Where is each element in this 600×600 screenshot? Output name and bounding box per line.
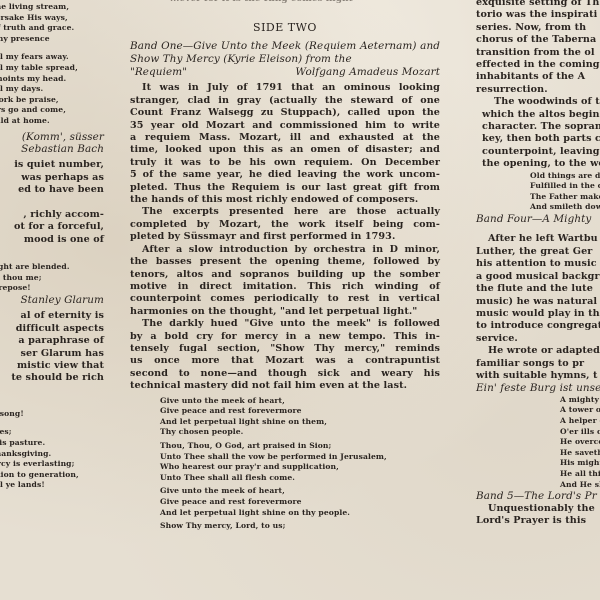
lyric-stanza: Give unto the meek of heart,Give peace a… xyxy=(130,486,440,518)
paragraph: After a slow introduction by orchestra i… xyxy=(130,244,440,318)
right-para-2: The woodwinds of thwhich the altos begin… xyxy=(476,96,600,170)
band-four-title: Band Four—A Mighty xyxy=(476,213,600,225)
lyric-line: Show Thy mercy, Lord, to us; xyxy=(160,521,440,532)
side-heading: SIDE TWO xyxy=(130,22,440,34)
band-one-work: "Requiem" xyxy=(130,66,187,79)
paragraph-line: pleted by Süssmayr and first performed i… xyxy=(130,231,440,243)
left-column: the living stream, forsake His ways, of … xyxy=(0,0,104,491)
paragraph-line: Lord's Prayer is this xyxy=(476,515,600,527)
poem-line: uild at home. xyxy=(0,116,104,127)
paragraph-line: 5 of the same year, he died leaving the … xyxy=(130,169,440,181)
poem-line: ives; xyxy=(0,427,104,438)
poem-line: anoints my head. xyxy=(0,74,104,85)
paragraph-line: his attention to music xyxy=(476,258,600,270)
lyric-stanza: Show Thy mercy, Lord, to us; xyxy=(130,521,440,532)
right-para-4: He wrote or adaptedfamiliar songs to prw… xyxy=(476,345,600,382)
left-poem-2: light are blended. m thou me; t repose! xyxy=(0,262,104,294)
poem-line: a song! xyxy=(0,409,104,420)
paragraph-line: tenors, altos and sopranos building up t… xyxy=(130,269,440,281)
paragraph-line: us once more that Mozart was a contrapun… xyxy=(130,355,440,367)
poem-line: Old things are do xyxy=(530,171,600,182)
band-one-heading: Band One—Give Unto the Meek (Requiem Aet… xyxy=(130,40,440,79)
paragraph-line: the hands of this most richly endowed of… xyxy=(130,194,440,206)
paragraph-line: music) he was natural xyxy=(476,296,600,308)
body-paragraphs: It was in July of 1791 that an ominous l… xyxy=(130,82,440,392)
lyric-line: Give unto the meek of heart, xyxy=(160,486,440,497)
poem-line: Thy presence xyxy=(0,34,104,45)
paragraph-line: torio was the inspirati xyxy=(476,9,600,21)
paragraph-line: Unquestionably the xyxy=(476,503,600,515)
band-one-composer: Wolfgang Amadeus Mozart xyxy=(295,66,440,79)
poem-line: His pasture. xyxy=(0,438,104,449)
paragraph-line: pleted. Thus the Requiem is our last gre… xyxy=(130,182,440,194)
paragraph-line: by a bold cry for mercy in a new tempo. … xyxy=(130,331,440,343)
poem-line: work be praise, xyxy=(0,95,104,106)
paragraph-line: a good musical backgr xyxy=(476,271,600,283)
record-liner-notes-page: ...ever for it is the King comes night t… xyxy=(0,0,600,600)
paragraph-line: service. xyxy=(476,333,600,345)
hymn-title: Ein' feste Burg ist unse xyxy=(476,382,600,394)
paragraph-line: a requiem Mass. Mozart, ill and exhauste… xyxy=(130,132,440,144)
poem-line: all my fears away. xyxy=(0,52,104,63)
paragraph-line: The woodwinds of th xyxy=(476,96,600,108)
paragraph-line: tensely fugal section, "Show Thy mercy,"… xyxy=(130,343,440,355)
paragraph-line: resurrection. xyxy=(476,84,600,96)
para-line: difficult aspects xyxy=(0,323,104,335)
paragraph-line: inhabitants of the A xyxy=(476,71,600,83)
right-column: exquisite setting of Thtorio was the ins… xyxy=(476,0,600,527)
poem-line: ercy is everlasting; xyxy=(0,459,104,470)
poem-line: thanksgiving. xyxy=(0,449,104,460)
lyric-line: Give peace and rest forevermore xyxy=(160,406,440,417)
paragraph-line: After a slow introduction by orchestra i… xyxy=(130,244,440,256)
band-five-title: Band 5—The Lord's Pr xyxy=(476,490,600,502)
paragraph-line: the basses present the opening theme, fo… xyxy=(130,256,440,268)
paragraph-line: with suitable hymns, t xyxy=(476,370,600,382)
para-line: ot for a forceful, xyxy=(0,221,104,233)
poem-line: ers go and come, xyxy=(0,105,104,116)
lyric-line: Unto Thee shall all flesh come. xyxy=(160,473,440,484)
lyric-line: Unto Thee shall the vow be performed in … xyxy=(160,452,440,463)
poem-line: A mighty xyxy=(560,395,600,406)
para-line: mistic view that xyxy=(0,360,104,372)
paragraph: The excerpts presented here are those ac… xyxy=(130,206,440,243)
paragraph-line: familiar songs to pr xyxy=(476,358,600,370)
paragraph-line: harmonies on the thought, "and let perpe… xyxy=(130,306,440,318)
left-poem-3: a song! ives; His pasture. thanksgiving.… xyxy=(0,409,104,491)
paragraph-line: to introduce congregat xyxy=(476,320,600,332)
paragraph-line: counterpoint comes periodically to rest … xyxy=(130,293,440,305)
band-one-title: Band One—Give Unto the Meek (Requiem Aet… xyxy=(130,40,440,65)
paragraph-line: technical mastery did not fail him even … xyxy=(130,380,440,392)
lyric-line: Give unto the meek of heart, xyxy=(160,396,440,407)
paragraph-line: He wrote or adapted xyxy=(476,345,600,357)
poem-line: all my table spread, xyxy=(0,63,104,74)
paragraph-line: second to none—and though sick and weary… xyxy=(130,368,440,380)
para-line: te should be rich xyxy=(0,372,104,384)
poem-line: A tower o xyxy=(560,405,600,416)
paragraph-line: key, then both parts c xyxy=(476,133,600,145)
right-poem-2: A mightyA tower oA helper cO'er ills cHe… xyxy=(476,395,600,490)
para-line: , richly accom- xyxy=(0,209,104,221)
para-line: . xyxy=(0,197,104,209)
lyric-line: Who hearest our pray'r and supplication, xyxy=(160,462,440,473)
paragraph-line: truly it was to be his own requiem. On D… xyxy=(130,157,440,169)
left-poem-1: the living stream, forsake His ways, of … xyxy=(0,2,104,127)
poem-line: all my days. xyxy=(0,84,104,95)
paragraph-line: the flute and the lute xyxy=(476,283,600,295)
para-line: al of eternity is xyxy=(0,310,104,322)
paragraph-line: character. The sopranc xyxy=(476,121,600,133)
poem-line: of truth and grace. xyxy=(0,23,104,34)
poem-line: His might xyxy=(560,458,600,469)
paragraph-line: music would play in th xyxy=(476,308,600,320)
composer-fragment: Sebastian Bach xyxy=(0,143,104,155)
paragraph-line: series. Now, from th xyxy=(476,22,600,34)
para-line: a paraphrase of xyxy=(0,335,104,347)
lyric-line: Give peace and rest forevermore xyxy=(160,497,440,508)
paragraph-line: Luther, the great Ger xyxy=(476,246,600,258)
poem-line: the living stream, xyxy=(0,2,104,13)
paragraph-line: time, looked upon this as an omen of dis… xyxy=(130,144,440,156)
paragraph: It was in July of 1791 that an ominous l… xyxy=(130,82,440,206)
paragraph-line: the opening, to the wo xyxy=(476,158,600,170)
paragraph-line: The darkly hued "Give unto the meek" is … xyxy=(130,318,440,330)
lyric-line: Thou, Thou, O God, art praised in Sion; xyxy=(160,441,440,452)
lyric-stanza: Thou, Thou, O God, art praised in Sion;U… xyxy=(130,441,440,483)
para-line: is quiet number, xyxy=(0,159,104,171)
right-para-3: After he left WartbuLuther, the great Ge… xyxy=(476,233,600,345)
para-line: mood is one of xyxy=(0,234,104,246)
paragraph-line: completed by Mozart, the work itself bei… xyxy=(130,219,440,231)
paragraph-line: exquisite setting of Th xyxy=(476,0,600,9)
poem-line: He all thi xyxy=(560,469,600,480)
poem-line: t repose! xyxy=(0,283,104,294)
poem-line: He saveth xyxy=(560,448,600,459)
paragraph-line: motive in direct imitation. This rich wi… xyxy=(130,281,440,293)
paragraph-line: The excerpts presented here are those ac… xyxy=(130,206,440,218)
paragraph-line: which the altos begin xyxy=(476,109,600,121)
right-para-5: Unquestionably theLord's Prayer is this xyxy=(476,503,600,528)
poem-line: all ye lands! xyxy=(0,480,104,491)
paragraph: The darkly hued "Give unto the meek" is … xyxy=(130,318,440,392)
band-title-fragment: (Komm', süsser xyxy=(0,131,104,143)
paragraph-line: transition from the ol xyxy=(476,47,600,59)
poem-line: forsake His ways, xyxy=(0,13,104,24)
poem-line: A helper c xyxy=(560,416,600,427)
poem-line: m thou me; xyxy=(0,273,104,284)
poem-line: O'er ills c xyxy=(560,427,600,438)
poem-line: light are blended. xyxy=(0,262,104,273)
lyric-stanza: Give unto the meek of heart,Give peace a… xyxy=(130,396,440,438)
paragraph-line: stranger, clad in gray (actually the ste… xyxy=(130,95,440,107)
middle-column: SIDE TWO Band One—Give Unto the Meek (Re… xyxy=(130,0,440,532)
paragraph-line: counterpoint, leaving xyxy=(476,146,600,158)
para-line: ed to have been xyxy=(0,184,104,196)
right-poem-1: Old things are doFulfilled in the coThe … xyxy=(476,171,600,213)
poem-line: He overco xyxy=(560,437,600,448)
lyric-line: And let perpetual light shine on them, xyxy=(160,417,440,428)
lyric-line: And let perpetual light shine on thy peo… xyxy=(160,508,440,519)
poem-line: The Father maket xyxy=(530,192,600,203)
poem-line: And smileth dow xyxy=(530,202,600,213)
paragraph-line: After he left Wartbu xyxy=(476,233,600,245)
paragraph-line: Count Franz Walsegg zu Stuppach), called… xyxy=(130,107,440,119)
paragraph-line: chorus of the Taberna xyxy=(476,34,600,46)
paragraph-line: 35 year old Mozart and commissioned him … xyxy=(130,120,440,132)
lyrics: Give unto the meek of heart,Give peace a… xyxy=(130,396,440,532)
lyric-line: Thy chosen people. xyxy=(160,427,440,438)
paragraph-line: It was in July of 1791 that an ominous l… xyxy=(130,82,440,94)
para-line: ser Glarum has xyxy=(0,348,104,360)
poem-line: Fulfilled in the co xyxy=(530,181,600,192)
poem-line: And He sl xyxy=(560,480,600,491)
poem-line: ation to generation, xyxy=(0,470,104,481)
para-line: was perhaps as xyxy=(0,172,104,184)
right-para-1: exquisite setting of Thtorio was the ins… xyxy=(476,0,600,96)
paragraph-line: effected in the coming xyxy=(476,59,600,71)
composer-name: Stanley Glarum xyxy=(0,294,104,306)
